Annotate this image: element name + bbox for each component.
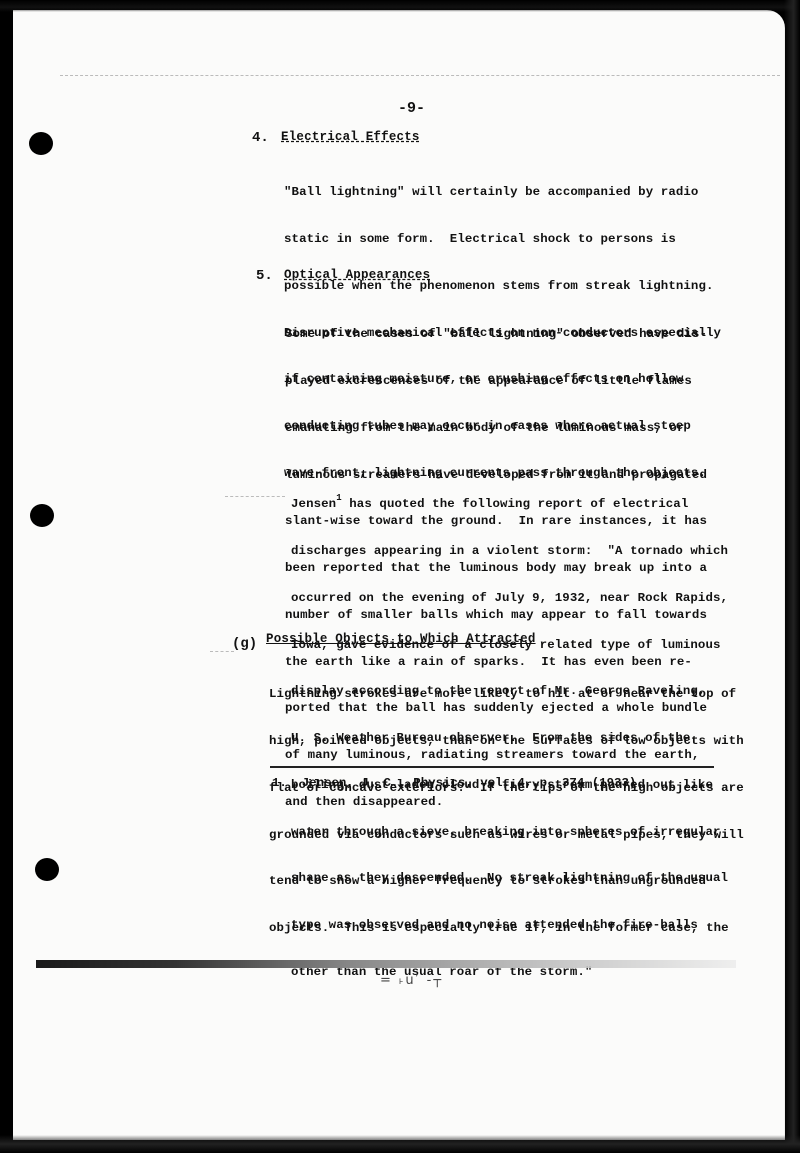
text-line: "Ball lightning" will certainly be accom… (284, 185, 721, 201)
text-line: objects. This is especially true if, in … (269, 921, 744, 937)
text-line: tend to show a higher frequency to strok… (269, 874, 744, 890)
scan-artifact-line (210, 651, 234, 653)
text-line: played excrescences of the appearance of… (285, 374, 707, 390)
scan-edge-right (784, 0, 800, 1153)
scan-artifact-bar (36, 960, 736, 968)
section-heading-electrical-effects: Electrical Effects (281, 130, 420, 144)
text-fragment: has quoted the following report of elect… (342, 497, 689, 511)
text-line: Some of the cases of "ball lightning" ob… (285, 327, 707, 343)
section-number: 4. (252, 130, 269, 146)
text-line: grounded via conductors such as wires or… (269, 828, 744, 844)
scan-artifact-line (60, 75, 780, 77)
text-line: static in some form. Electrical shock to… (284, 232, 721, 248)
scan-edge-bottom (0, 1135, 800, 1153)
punch-hole-top (29, 132, 53, 155)
text-line: discharges appearing in a violent storm:… (291, 544, 728, 560)
section-heading-possible-objects: Possible Objects to Which Attracted (266, 632, 536, 646)
text-line: high, pointed objects, than on the surfa… (269, 734, 744, 750)
paragraph-possible-objects: Lightning strokes are more likely to hit… (269, 656, 744, 952)
scan-edge-top (0, 0, 800, 12)
section-number: (g) (232, 636, 257, 652)
citation-author: Jensen (291, 497, 336, 511)
page-number: -9- (398, 100, 425, 117)
text-line: emanating from the main body of the lumi… (285, 421, 707, 437)
text-line: occurred on the evening of July 9, 1932,… (291, 591, 728, 607)
scan-artifact-line (225, 496, 285, 498)
margin-scribble: = ˫u′ -┬ (380, 972, 443, 988)
punch-hole-middle (30, 504, 54, 527)
text-line: Lightning strokes are more likely to hit… (269, 687, 744, 703)
section-number: 5. (256, 268, 273, 284)
footnote-divider (270, 766, 714, 768)
footnote-1: 1. Jensen, J. C., Physics, vol. 4, p. 37… (272, 776, 644, 790)
punch-hole-bottom (35, 858, 59, 881)
section-heading-optical-appearances: Optical Appearances (284, 268, 430, 282)
text-line: Jensen1 has quoted the following report … (291, 491, 728, 513)
